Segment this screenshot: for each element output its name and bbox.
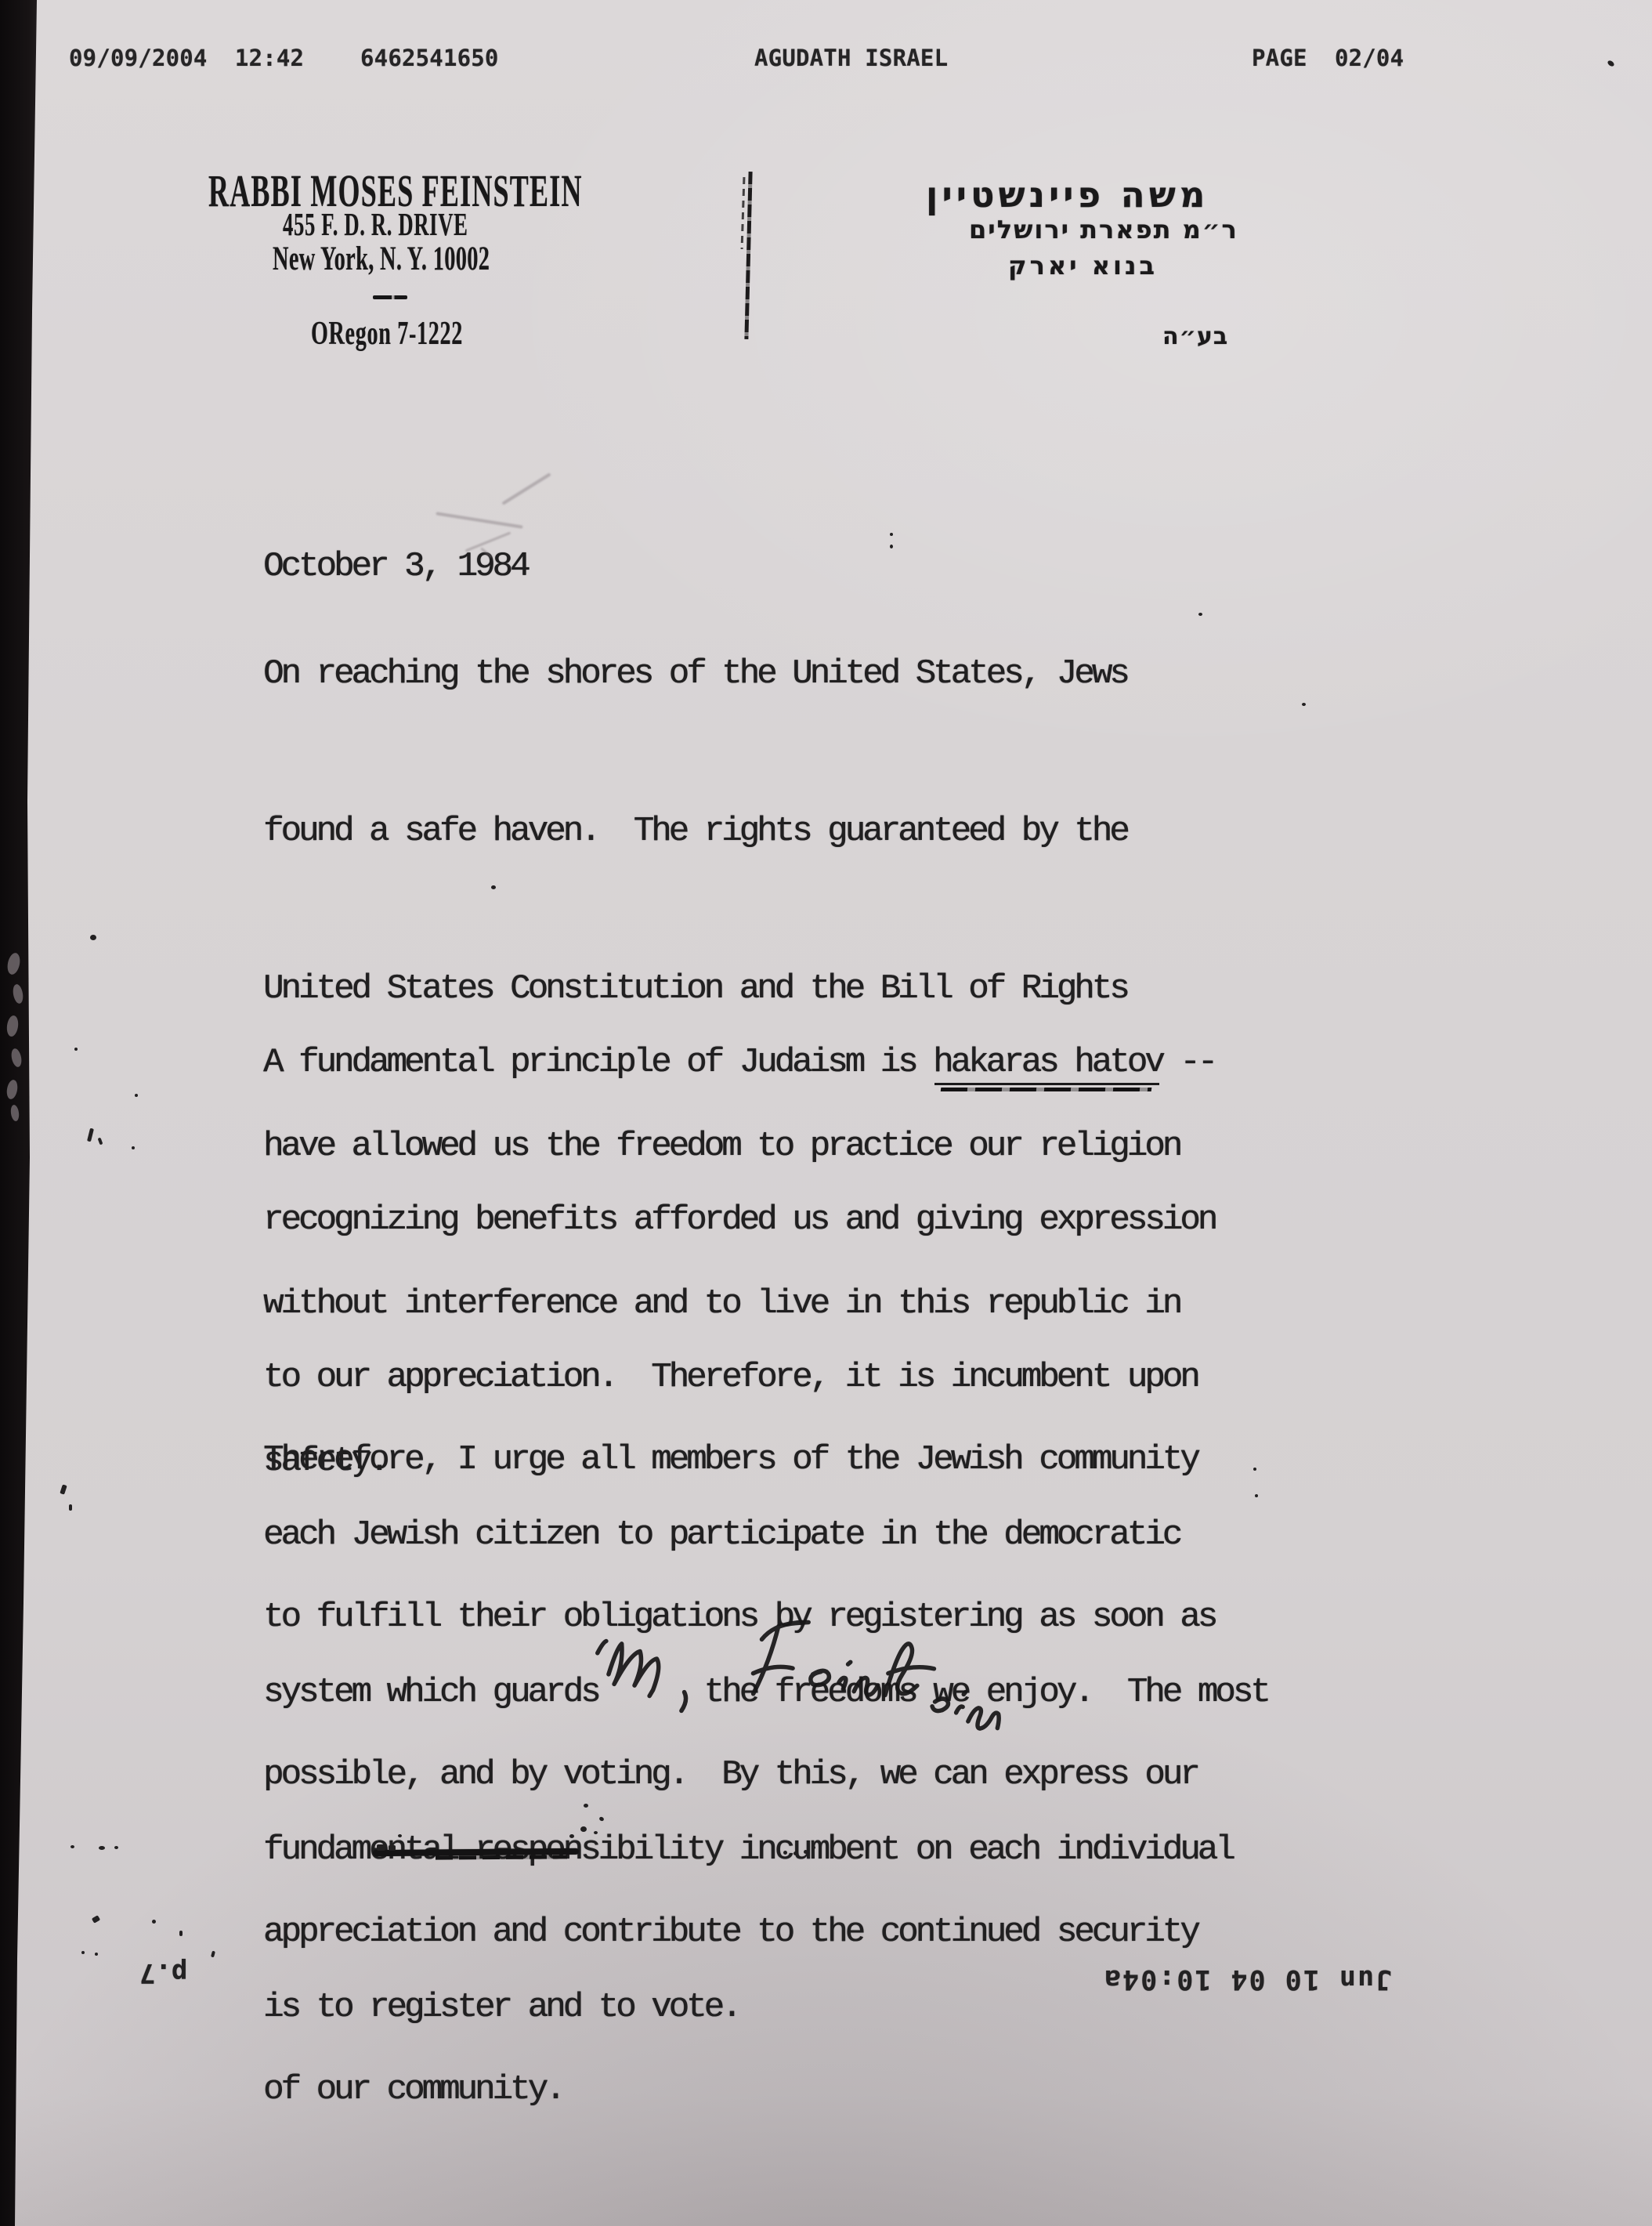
scanner-edge <box>0 0 41 2226</box>
fax-header-number: 6462541650 <box>360 45 499 71</box>
typed-line: A fundamental principle of Judaism is ha… <box>263 1037 1268 1089</box>
fax-stamp-page: p.7 <box>139 1957 187 1989</box>
ink-speck <box>1607 60 1615 67</box>
ink-speck <box>60 1484 67 1494</box>
ink-speck <box>389 1845 396 1851</box>
ink-speck <box>179 1931 183 1936</box>
ink-speck <box>890 545 893 548</box>
scanned-letter-page: 09/09/2004 12:42 6462541650 AGUDATH ISRA… <box>0 0 1652 2226</box>
ink-speck <box>70 1845 74 1848</box>
ink-speck <box>98 1138 103 1146</box>
typed-line: of our community. <box>263 2064 1215 2116</box>
typed-line: Therefore, I urge all members of the Jew… <box>263 1434 1215 1486</box>
ink-speck <box>69 1504 72 1511</box>
letterhead-hebrew-city: בנוא יארק <box>1008 251 1158 281</box>
ink-speck <box>569 1834 574 1838</box>
letterhead-address: 455 F. D. R. DRIVE <box>283 205 468 243</box>
underlined-phrase: hakaras hatov <box>933 1043 1162 1082</box>
ink-speck <box>377 1844 385 1851</box>
fax-header-page: PAGE 02/04 <box>1252 45 1404 71</box>
ink-speck <box>1255 1494 1258 1497</box>
fax-stamp-received: Jun 10 04 10:04a <box>1103 1964 1392 1995</box>
ink-speck <box>132 1146 135 1149</box>
ink-speck <box>90 935 96 940</box>
typed-line: On reaching the shores of the United Sta… <box>263 648 1180 700</box>
ink-speck <box>594 1831 598 1834</box>
paragraph-3: Therefore, I urge all members of the Jew… <box>263 1329 1215 2221</box>
ink-speck <box>92 1915 100 1924</box>
letterhead-divider-dash <box>373 295 407 299</box>
ink-speck <box>211 1951 215 1958</box>
ink-speck <box>99 1846 105 1850</box>
signature-scribble <box>569 1576 1034 1780</box>
ink-speck <box>1198 613 1202 616</box>
ink-speck <box>812 1846 815 1849</box>
fax-header-sender: AGUDATH ISRAEL <box>754 45 948 71</box>
signature: M. Feinstein <box>569 1576 1034 1784</box>
letterhead-hebrew-title: ר״מ תפארת ירושלים <box>969 215 1238 244</box>
letterhead-vertical-rule <box>744 172 752 339</box>
ink-speck <box>135 1094 138 1097</box>
line-segment: A fundamental principle of Judaism is <box>263 1043 933 1082</box>
ink-speck <box>783 1851 787 1855</box>
ink-speck <box>74 1048 78 1051</box>
ink-speck <box>114 1846 118 1849</box>
ink-speck <box>87 1128 94 1142</box>
ink-speck <box>793 1851 797 1855</box>
ink-speck <box>81 1951 85 1954</box>
ink-speck <box>398 1834 402 1837</box>
line-segment: -- <box>1162 1043 1216 1082</box>
ink-speck <box>1302 703 1306 706</box>
letterhead-hebrew-name: משה פיינשטיין <box>926 174 1209 215</box>
ink-speck <box>890 533 893 536</box>
letterhead-vertical-rule-echo <box>741 177 746 249</box>
ink-speck <box>580 1826 587 1832</box>
typed-line: found a safe haven. The rights guarantee… <box>263 805 1180 858</box>
letterhead-hebrew-bsd: בע״ה <box>1162 323 1228 350</box>
fax-header-datetime: 09/09/2004 12:42 <box>69 45 304 71</box>
ink-speck <box>491 885 496 889</box>
ink-speck <box>804 1850 808 1854</box>
ink-speck <box>95 1953 98 1956</box>
letterhead-city: New York, N. Y. 10002 <box>273 240 490 278</box>
typed-line: appreciation and contribute to the conti… <box>263 1906 1215 1959</box>
letterhead-phone: ORegon 7-1222 <box>311 315 463 353</box>
ink-speck <box>1253 1468 1256 1471</box>
ink-speck <box>152 1920 156 1924</box>
typed-line: recognizing benefits afforded us and giv… <box>263 1194 1268 1247</box>
ink-speck <box>584 1804 588 1808</box>
